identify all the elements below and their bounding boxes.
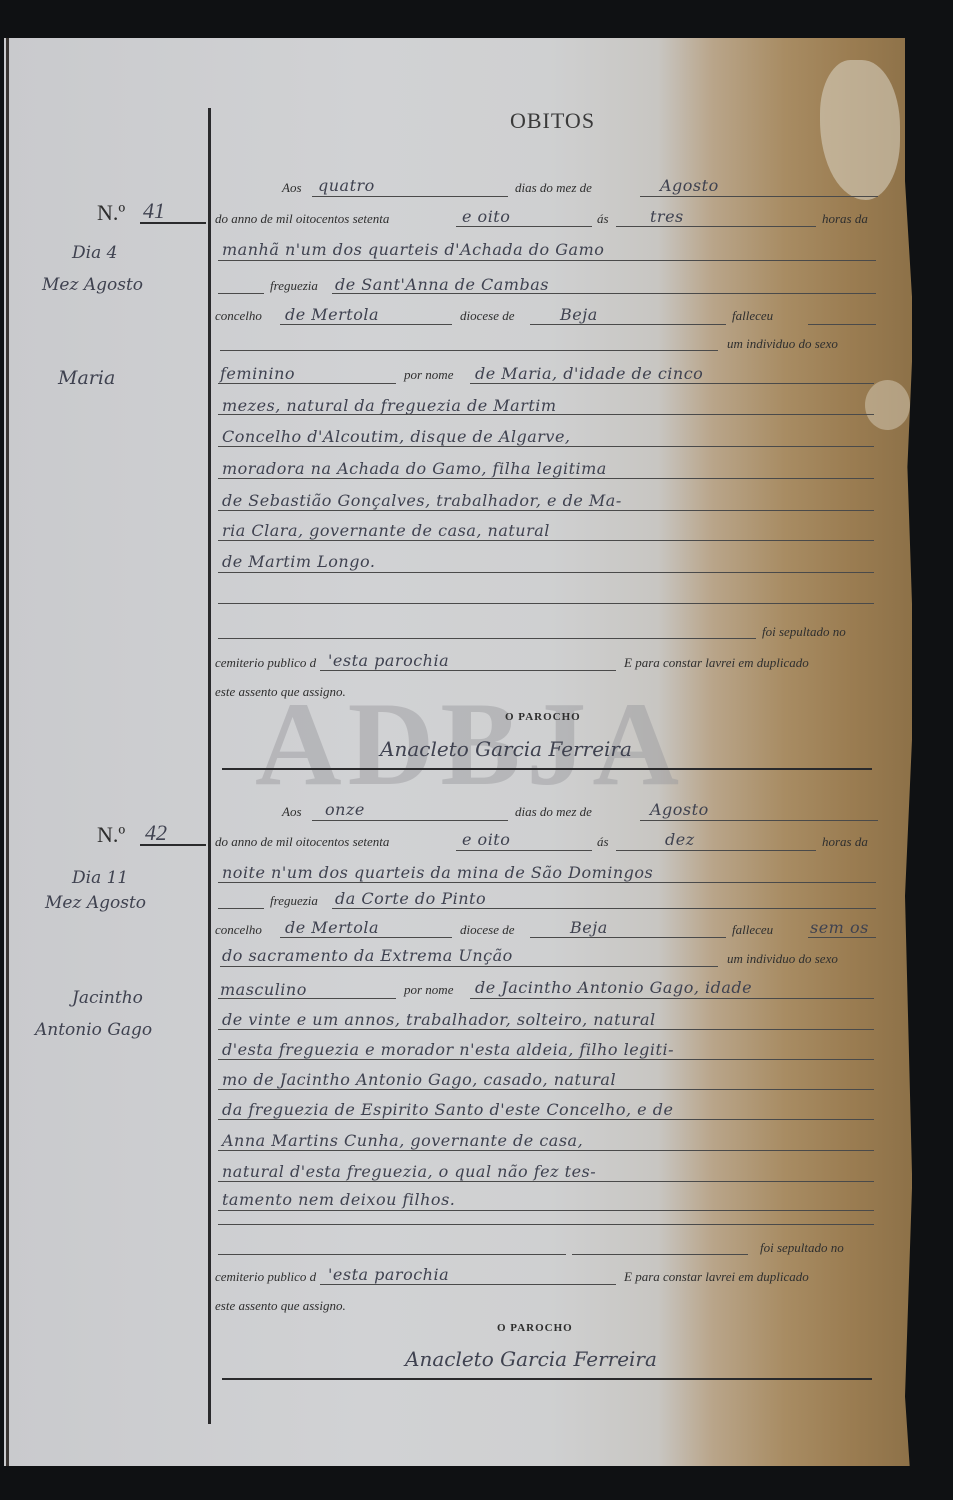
record-text-line: da freguezia de Espirito Santo d'este Co… bbox=[222, 1100, 673, 1119]
record-text-line: natural d'esta freguezia, o qual não fez… bbox=[222, 1162, 596, 1181]
value-cemetery: 'esta parochia bbox=[328, 1265, 449, 1284]
record-separator bbox=[222, 1378, 872, 1380]
value-hour: tres bbox=[650, 207, 684, 226]
record-text-line: de vinte e um annos, trabalhador, soltei… bbox=[222, 1010, 656, 1029]
label-aos: Aos bbox=[282, 804, 302, 820]
value-hour: dez bbox=[665, 830, 695, 849]
margin-month: Mez Agosto bbox=[42, 275, 143, 295]
label-assento: este assento que assigno. bbox=[215, 1298, 346, 1314]
value-parish: da Corte do Pinto bbox=[335, 889, 486, 908]
record-number: 42 bbox=[145, 820, 167, 846]
label-falleceu: falleceu bbox=[732, 308, 773, 324]
value-day: onze bbox=[325, 800, 365, 819]
record-number: 41 bbox=[143, 198, 165, 224]
label-sexo: um individuo do sexo bbox=[727, 951, 838, 967]
value-sex: masculino bbox=[220, 980, 307, 999]
label-dias: dias do mez de bbox=[515, 180, 592, 196]
value-municipality: de Mertola bbox=[285, 918, 379, 937]
value-diocese: Beja bbox=[560, 305, 598, 324]
label-horas: horas da bbox=[822, 211, 868, 227]
label-sepultado: foi sepultado no bbox=[762, 624, 846, 640]
page-title: OBITOS bbox=[510, 108, 595, 134]
record-text-line: Anna Martins Cunha, governante de casa, bbox=[222, 1131, 583, 1150]
label-diocese: diocese de bbox=[460, 922, 515, 938]
torn-page-edge bbox=[905, 38, 953, 1468]
margin-rule bbox=[208, 108, 211, 1424]
record-number-label: N.º bbox=[97, 822, 125, 848]
label-assento: este assento que assigno. bbox=[215, 684, 346, 700]
label-as: ás bbox=[597, 211, 609, 227]
value-sex: feminino bbox=[220, 364, 295, 383]
margin-day: Dia 11 bbox=[72, 868, 128, 888]
label-constar: E para constar lavrei em duplicado bbox=[624, 1269, 809, 1285]
number-underline bbox=[140, 222, 206, 224]
label-sepultado: foi sepultado no bbox=[760, 1240, 844, 1256]
label-sexo: um individuo do sexo bbox=[727, 336, 838, 352]
label-as: ás bbox=[597, 834, 609, 850]
value-month: Agosto bbox=[660, 176, 719, 195]
record-text-line: mezes, natural da freguezia de Martim bbox=[222, 396, 557, 415]
record-text-line: d'esta freguezia e morador n'esta aldeia… bbox=[222, 1040, 674, 1059]
priest-label: O PAROCHO bbox=[497, 1322, 573, 1334]
label-cemiterio: cemiterio publico d bbox=[215, 1269, 316, 1285]
label-dias: dias do mez de bbox=[515, 804, 592, 820]
label-diocese: diocese de bbox=[460, 308, 515, 324]
record-text-line: mo de Jacintho Antonio Gago, casado, nat… bbox=[222, 1070, 616, 1089]
priest-signature: Anacleto Garcia Ferreira bbox=[380, 737, 632, 761]
margin-month: Mez Agosto bbox=[45, 893, 146, 913]
record-text-line: de Sebastião Gonçalves, trabalhador, e d… bbox=[222, 491, 622, 510]
margin-name: Antonio Gago bbox=[35, 1020, 152, 1040]
record-number-label: N.º bbox=[97, 200, 125, 226]
water-stain bbox=[865, 380, 910, 430]
record-text-line: ria Clara, governante de casa, natural bbox=[222, 521, 550, 540]
record-text-line: de Martim Longo. bbox=[222, 552, 375, 571]
value-diocese: Beja bbox=[570, 918, 608, 937]
value-parish: de Sant'Anna de Cambas bbox=[335, 275, 549, 294]
value-year: e oito bbox=[462, 207, 510, 226]
label-concelho: concelho bbox=[215, 922, 262, 938]
label-constar: E para constar lavrei em duplicado bbox=[624, 655, 809, 671]
value-year: e oito bbox=[462, 830, 510, 849]
value-day: quatro bbox=[318, 176, 375, 195]
label-anno: do anno de mil oitocentos setenta bbox=[215, 834, 389, 850]
label-concelho: concelho bbox=[215, 308, 262, 324]
value-place: manhã n'um dos quarteis d'Achada do Gamo bbox=[222, 240, 604, 259]
record-text-line: tamento nem deixou filhos. bbox=[222, 1190, 455, 1209]
label-freguezia: freguezia bbox=[270, 278, 318, 294]
label-nome: por nome bbox=[404, 367, 453, 383]
value-cemetery: 'esta parochia bbox=[328, 651, 449, 670]
priest-label: O PAROCHO bbox=[505, 711, 581, 723]
value-falleceu: sem os bbox=[810, 918, 869, 937]
record-text-line: Concelho d'Alcoutim, disque de Algarve, bbox=[222, 427, 571, 446]
value-place: noite n'um dos quarteis da mina de São D… bbox=[222, 863, 653, 882]
margin-name: Maria bbox=[58, 367, 115, 389]
priest-signature: Anacleto Garcia Ferreira bbox=[405, 1347, 657, 1371]
value-sacrament: do sacramento da Extrema Unção bbox=[222, 946, 513, 965]
label-anno: do anno de mil oitocentos setenta bbox=[215, 211, 389, 227]
value-name: de Maria, d'idade de cinco bbox=[475, 364, 703, 383]
number-underline bbox=[140, 844, 206, 846]
label-cemiterio: cemiterio publico d bbox=[215, 655, 316, 671]
value-municipality: de Mertola bbox=[285, 305, 379, 324]
label-falleceu: falleceu bbox=[732, 922, 773, 938]
margin-name: Jacintho bbox=[72, 988, 143, 1008]
page-binding-edge bbox=[6, 38, 9, 1466]
label-horas: horas da bbox=[822, 834, 868, 850]
margin-day: Dia 4 bbox=[72, 243, 117, 263]
label-freguezia: freguezia bbox=[270, 893, 318, 909]
label-nome: por nome bbox=[404, 982, 453, 998]
value-month: Agosto bbox=[650, 800, 709, 819]
record-separator bbox=[222, 768, 872, 770]
label-aos: Aos bbox=[282, 180, 302, 196]
record-text-line: moradora na Achada do Gamo, filha legiti… bbox=[222, 459, 607, 478]
value-name: de Jacintho Antonio Gago, idade bbox=[475, 978, 752, 997]
